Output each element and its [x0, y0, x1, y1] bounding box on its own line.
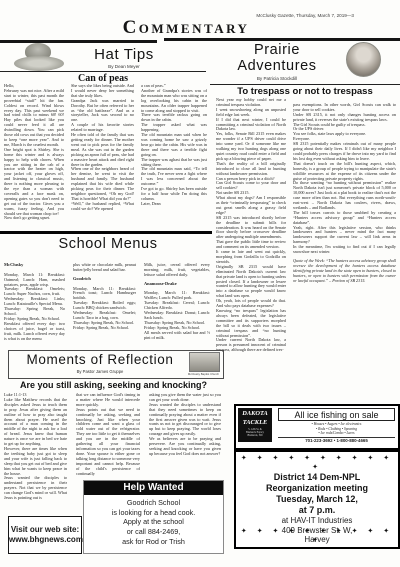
menu-column-anamoose-drake: Milk, juice, cereal offered every mornin… [144, 258, 210, 346]
menu-intro-goodrich: plus white or chocolate milk, peanut but… [73, 262, 136, 272]
page-section-title: Commentary [0, 17, 372, 39]
website-ad: Visit our web site: www.bhgnews.com [8, 516, 82, 554]
menu-heading-goodrich: Goodrich [73, 277, 136, 282]
hat-brim-icon [14, 56, 64, 71]
header-rule-right [164, 38, 400, 41]
help-wanted-header: Help Wanted [84, 481, 223, 495]
hat-tips-byline: By Dean Meyer [62, 64, 186, 69]
district-line2: Reorganization meeting [236, 483, 398, 494]
dakota-ad-phone: 701-223-3692 • 1-800-880-4665 [278, 437, 395, 444]
church-photo [189, 352, 220, 372]
district-line1: District 14 Dem-NPL [236, 472, 398, 483]
menu-intro-anamoose: Milk, juice, cereal offered every mornin… [144, 262, 210, 277]
dakota-logo-line1: DAKOTA [238, 408, 272, 417]
hat-tips-headline: Can of peas [0, 73, 206, 84]
menu-body-goodrich: Monday, March 11: Breakfast: French toas… [73, 286, 136, 330]
school-menus-section: McClusky Monday, March 11: Breakfast: Oa… [4, 258, 214, 346]
menu-heading-anamoose: Anamoose-Drake [144, 282, 210, 287]
prairie-adventures-article: Next year my hobby could net me a crimin… [216, 98, 396, 401]
star-border-top: ✦ ✦ ✦ ✦ ✦ ✦ ✦ ✦ ✦ ✦ ✦ [236, 454, 398, 472]
district-line4: at 7 p.m. [236, 505, 398, 516]
dakota-ad-content: All ice fishing on sale • Houses • Auger… [276, 406, 398, 443]
prairie-adventures-title: Prairie Adventures [212, 42, 342, 74]
church-photo-caption: McClusky Baptist Church [186, 372, 221, 376]
prairie-column-2-text: pass exemptions. In other words, Girl Sc… [293, 102, 396, 254]
dakota-tackle-logo: DAKOTA TACKLE S. 12th St. & Bismarck Exp… [238, 408, 272, 442]
prairie-column-1: Next year my hobby could net me a crimin… [216, 98, 286, 401]
menu-heading-mcclusky: McClusky [4, 263, 65, 268]
star-border-bottom: ✦ ✦ ✦ ✦ ✦ ✦ ✦ ✦ ✦ ✦ ✦ [236, 527, 398, 545]
hat-tips-column-3: a can of peas.” Another of Grandpa's sto… [141, 84, 207, 223]
reflection-byline: By Pastor James Gruppe [18, 369, 182, 374]
school-menus-rule [0, 231, 212, 234]
reflection-title: Moments of Reflection [18, 352, 182, 367]
menu-body-anamoose: Monday, March 11: Breakfast: Waffles; Lu… [144, 290, 210, 339]
website-ad-line1: Visit our web site: [9, 525, 81, 535]
quote-of-the-week: Quote of the Week: “The hunters access a… [293, 259, 396, 284]
hat-tips-article: Hello, February was not nice. After a mi… [4, 84, 207, 223]
dakota-address: S. 12th St. & Bismarck Expwy Bismarck, N… [238, 426, 272, 437]
menu-body-mcclusky: Monday, March 11: Breakfast: Oatmeal; Lu… [4, 272, 65, 341]
prairie-adventures-rule [210, 84, 400, 85]
help-wanted-body: Goodrich School is looking for a head co… [84, 495, 223, 547]
dakota-logo-line2: TACKLE [238, 417, 272, 426]
hat-tips-column-2: She says she likes being outside. And I … [71, 84, 134, 223]
website-url: www.bhgnews.com [9, 535, 81, 545]
hat-tips-column-1: Hello, February was not nice. After a mi… [4, 84, 64, 223]
district-meeting-ad: ✦ ✦ ✦ ✦ ✦ ✦ ✦ ✦ ✦ ✦ ✦ District 14 Dem-NP… [234, 450, 400, 549]
hat-tips-rule [0, 71, 206, 72]
district-line5: at HAV-IT Industries [236, 516, 398, 526]
menu-column-mcclusky: McClusky Monday, March 11: Breakfast: Oa… [4, 258, 65, 346]
reflection-headline: Are you still asking, seeking and knocki… [0, 380, 227, 390]
prairie-adventures-byline: By Patricia Stockdill [212, 76, 342, 81]
reflection-column-2: that we can influence God's timing in a … [76, 393, 140, 477]
help-wanted-ad: Help Wanted Goodrich School is looking f… [83, 480, 224, 554]
prairie-column-2: pass exemptions. In other words, Girl Sc… [293, 98, 396, 393]
school-menus-title: School Menus [0, 236, 216, 252]
hat-tips-author-photo [14, 43, 64, 72]
prairie-adventures-author-photo [346, 42, 381, 77]
hat-tips-title: Hat Tips [62, 46, 186, 63]
prairie-adventures-headline: To trespass or not to trespass [210, 86, 400, 97]
reflection-column-3: asking you give them the water just so y… [149, 393, 221, 477]
menu-column-goodrich: plus white or chocolate milk, peanut but… [73, 258, 136, 346]
dakota-ad-items: • Houses • Augers • Ice electronics • Ro… [278, 422, 395, 436]
reflection-column-1: Luke 11:1-13 Luke like Matthew records t… [4, 393, 67, 513]
dakota-tackle-ad: DAKOTA TACKLE S. 12th St. & Bismarck Exp… [234, 404, 400, 450]
dakota-ad-headline: All ice fishing on sale [278, 408, 395, 421]
district-line3: Tuesday, March 12, [236, 494, 398, 505]
newspaper-page: McClusky Gazette, Thursday, March 7, 201… [0, 0, 400, 567]
